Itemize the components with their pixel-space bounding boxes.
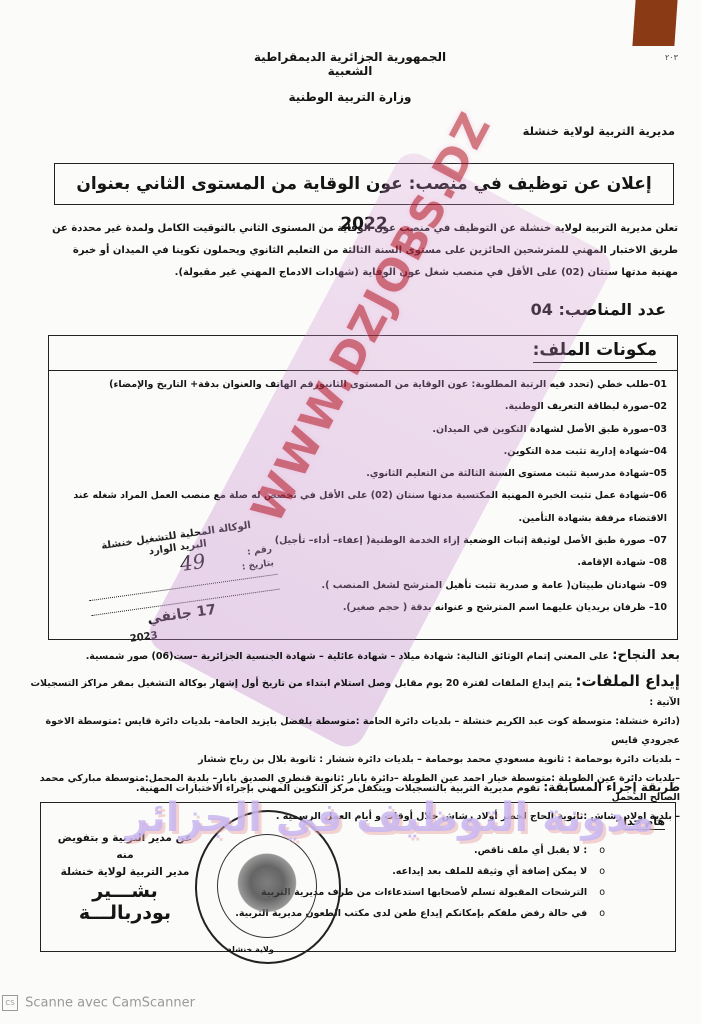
seal-text: ولاية خنشلة (227, 945, 274, 954)
deposit-label: إيداع الملفات: (575, 672, 680, 690)
directorate-header: مديرية التربية لولاية خنشلة (505, 124, 675, 138)
procedure-label: طريقة إجراء المسابقة: (543, 780, 680, 794)
scanner-footer: CS Scanne avec CamScanner (2, 995, 195, 1011)
corner-mark (632, 0, 677, 46)
seal-emblem-icon (236, 853, 298, 919)
republic-header: الجمهورية الجزائرية الديمقراطية الشعبية (250, 50, 450, 78)
procedure-section: طريقة إجراء المسابقة: تقوم مديرية التربي… (28, 780, 680, 794)
signature-line-2: مدير التربية لولاية خنشلة (50, 864, 200, 881)
after-success-section: بعد النجاح: على المعني إتمام الوثائق الت… (28, 648, 680, 663)
scanner-footer-text: Scanne avec CamScanner (25, 996, 195, 1011)
page-number: ٢٠٣ (665, 53, 678, 62)
seal-inner-ring (217, 834, 317, 938)
signer-name: بشـــير بودربالـــة (50, 880, 200, 924)
after-success-text: على المعني إتمام الوثائق التالية: شهادة … (86, 651, 609, 662)
camscanner-icon: CS (2, 995, 18, 1011)
blog-watermark: مدونة التوظيف في الجزائر (90, 795, 690, 841)
ministry-header: وزارة التربية الوطنية (280, 90, 420, 104)
scanned-document: ٢٠٣ الجمهورية الجزائرية الديمقراطية الشع… (0, 0, 701, 1024)
deposit-line: (دائرة خنشلة: متوسطة كوت عبد الكريم خنشل… (28, 712, 680, 750)
after-success-label: بعد النجاح: (612, 648, 680, 663)
title-box: إعلان عن توظيف في منصب: عون الوقاية من ا… (54, 163, 674, 205)
procedure-text: تقوم مديرية التربية بالتسجيلات ويتكفل مر… (136, 783, 540, 794)
deposit-line: – بلديات دائرة بوحمامة : ثانوية مسعودي م… (28, 750, 680, 769)
